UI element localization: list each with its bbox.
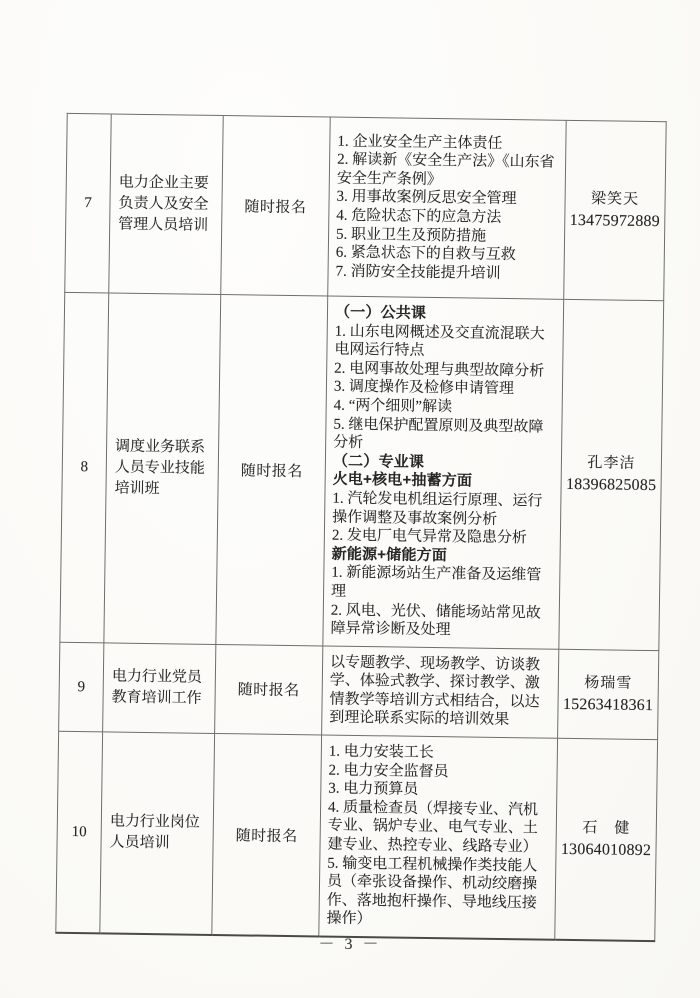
table-row: 8调度业务联系人员专业技能培训班随时报名（一）公共课1. 山东电网概述及交直流混… — [60, 292, 664, 650]
course-content-cell: 以专题教学、现场教学、访谈教学、体验式教学、探讨教学、激情教学等培训方式相结合，… — [322, 646, 559, 739]
page-number: － 3 － — [0, 931, 700, 954]
contact-phone: 15263418361 — [559, 694, 656, 717]
contact-name: 梁笑天 — [566, 188, 663, 211]
row-number-cell: 10 — [56, 731, 103, 933]
course-name-cell: 电力行业党员教育培训工作 — [103, 643, 216, 734]
course-name-cell: 调度业务联系人员专业技能培训班 — [104, 293, 221, 644]
contact-cell: 杨瑞雪15263418361 — [558, 649, 659, 740]
content-line: 2. 解读新《安全生产法》《山东省安全生产条例》 — [337, 151, 561, 191]
content-line: 1. 新能源场站生产准备及运维管理 — [331, 564, 555, 604]
content-line: 2. 风电、光伏、储能场站常见故障异常诊断及处理 — [330, 601, 554, 641]
signup-cell: 随时报名 — [212, 734, 322, 937]
contact-name: 孔李洁 — [563, 452, 660, 475]
course-content-cell: 1. 企业安全生产主体责任2. 解读新《安全生产法》《山东省安全生产条例》3. … — [328, 117, 566, 299]
content-line: 5. 继电保护配置原则及典型故障分析 — [333, 415, 557, 455]
course-name-cell: 电力行业岗位人员培训 — [100, 732, 215, 935]
contact-cell: 孔李洁18396825085 — [559, 299, 664, 650]
content-line: 1. 汽轮发电机组运行原理、运行操作调整及事故案例分析 — [332, 490, 556, 530]
course-name-cell: 电力企业主要负责人及安全管理人员培训 — [109, 114, 223, 295]
contact-cell: 石 健13064010892 — [555, 738, 658, 941]
content-line: 4. 质量检查员（焊接专业、汽机专业、锅炉专业、电气专业、土建专业、热控专业、线… — [327, 798, 552, 857]
content-line: 4. “两个细则”解读 — [334, 397, 558, 419]
contact-name: 石 健 — [558, 817, 655, 840]
table-row: 9电力行业党员教育培训工作随时报名以专题教学、现场教学、访谈教学、体验式教学、探… — [59, 642, 659, 740]
signup-cell: 随时报名 — [216, 295, 328, 646]
row-number-cell: 8 — [60, 292, 109, 642]
row-number-cell: 7 — [65, 113, 111, 293]
row-number-cell: 9 — [59, 642, 104, 732]
contact-phone: 18396825085 — [562, 474, 659, 497]
course-content-cell: 1. 电力安装工长2. 电力安全监督员3. 电力预算员4. 质量检查员（焊接专业… — [319, 735, 558, 940]
table-row: 10电力行业岗位人员培训随时报名1. 电力安装工长2. 电力安全监督员3. 电力… — [56, 731, 658, 941]
signup-cell: 随时报名 — [215, 644, 323, 735]
contact-phone: 13064010892 — [557, 839, 654, 862]
scanned-document-page: 7电力企业主要负责人及安全管理人员培训随时报名1. 企业安全生产主体责任2. 解… — [0, 0, 700, 998]
content-line: 7. 消防安全技能提升培训 — [335, 262, 559, 284]
content-line: 1. 山东电网概述及交直流混联大电网运行特点 — [334, 322, 558, 362]
contact-cell: 梁笑天13475972889 — [564, 120, 666, 300]
contact-phone: 13475972889 — [566, 210, 663, 233]
course-content-cell: （一）公共课1. 山东电网概述及交直流混联大电网运行特点2. 电网事故处理与典型… — [323, 296, 564, 649]
contact-name: 杨瑞雪 — [560, 672, 657, 695]
signup-cell: 随时报名 — [221, 116, 330, 296]
table-row: 7电力企业主要负责人及安全管理人员培训随时报名1. 企业安全生产主体责任2. 解… — [65, 113, 666, 300]
content-line: 5. 输变电工程机械操作类技能人员（牵张设备操作、机动绞磨操作、落地抱杆操作、导… — [326, 854, 551, 931]
training-schedule-table: 7电力企业主要负责人及安全管理人员培训随时报名1. 企业安全生产主体责任2. 解… — [55, 113, 666, 942]
content-line: 以专题教学、现场教学、访谈教学、体验式教学、探讨教学、激情教学等培训方式相结合，… — [329, 653, 554, 730]
training-schedule-table-wrap: 7电力企业主要负责人及安全管理人员培训随时报名1. 企业安全生产主体责任2. 解… — [55, 113, 665, 942]
